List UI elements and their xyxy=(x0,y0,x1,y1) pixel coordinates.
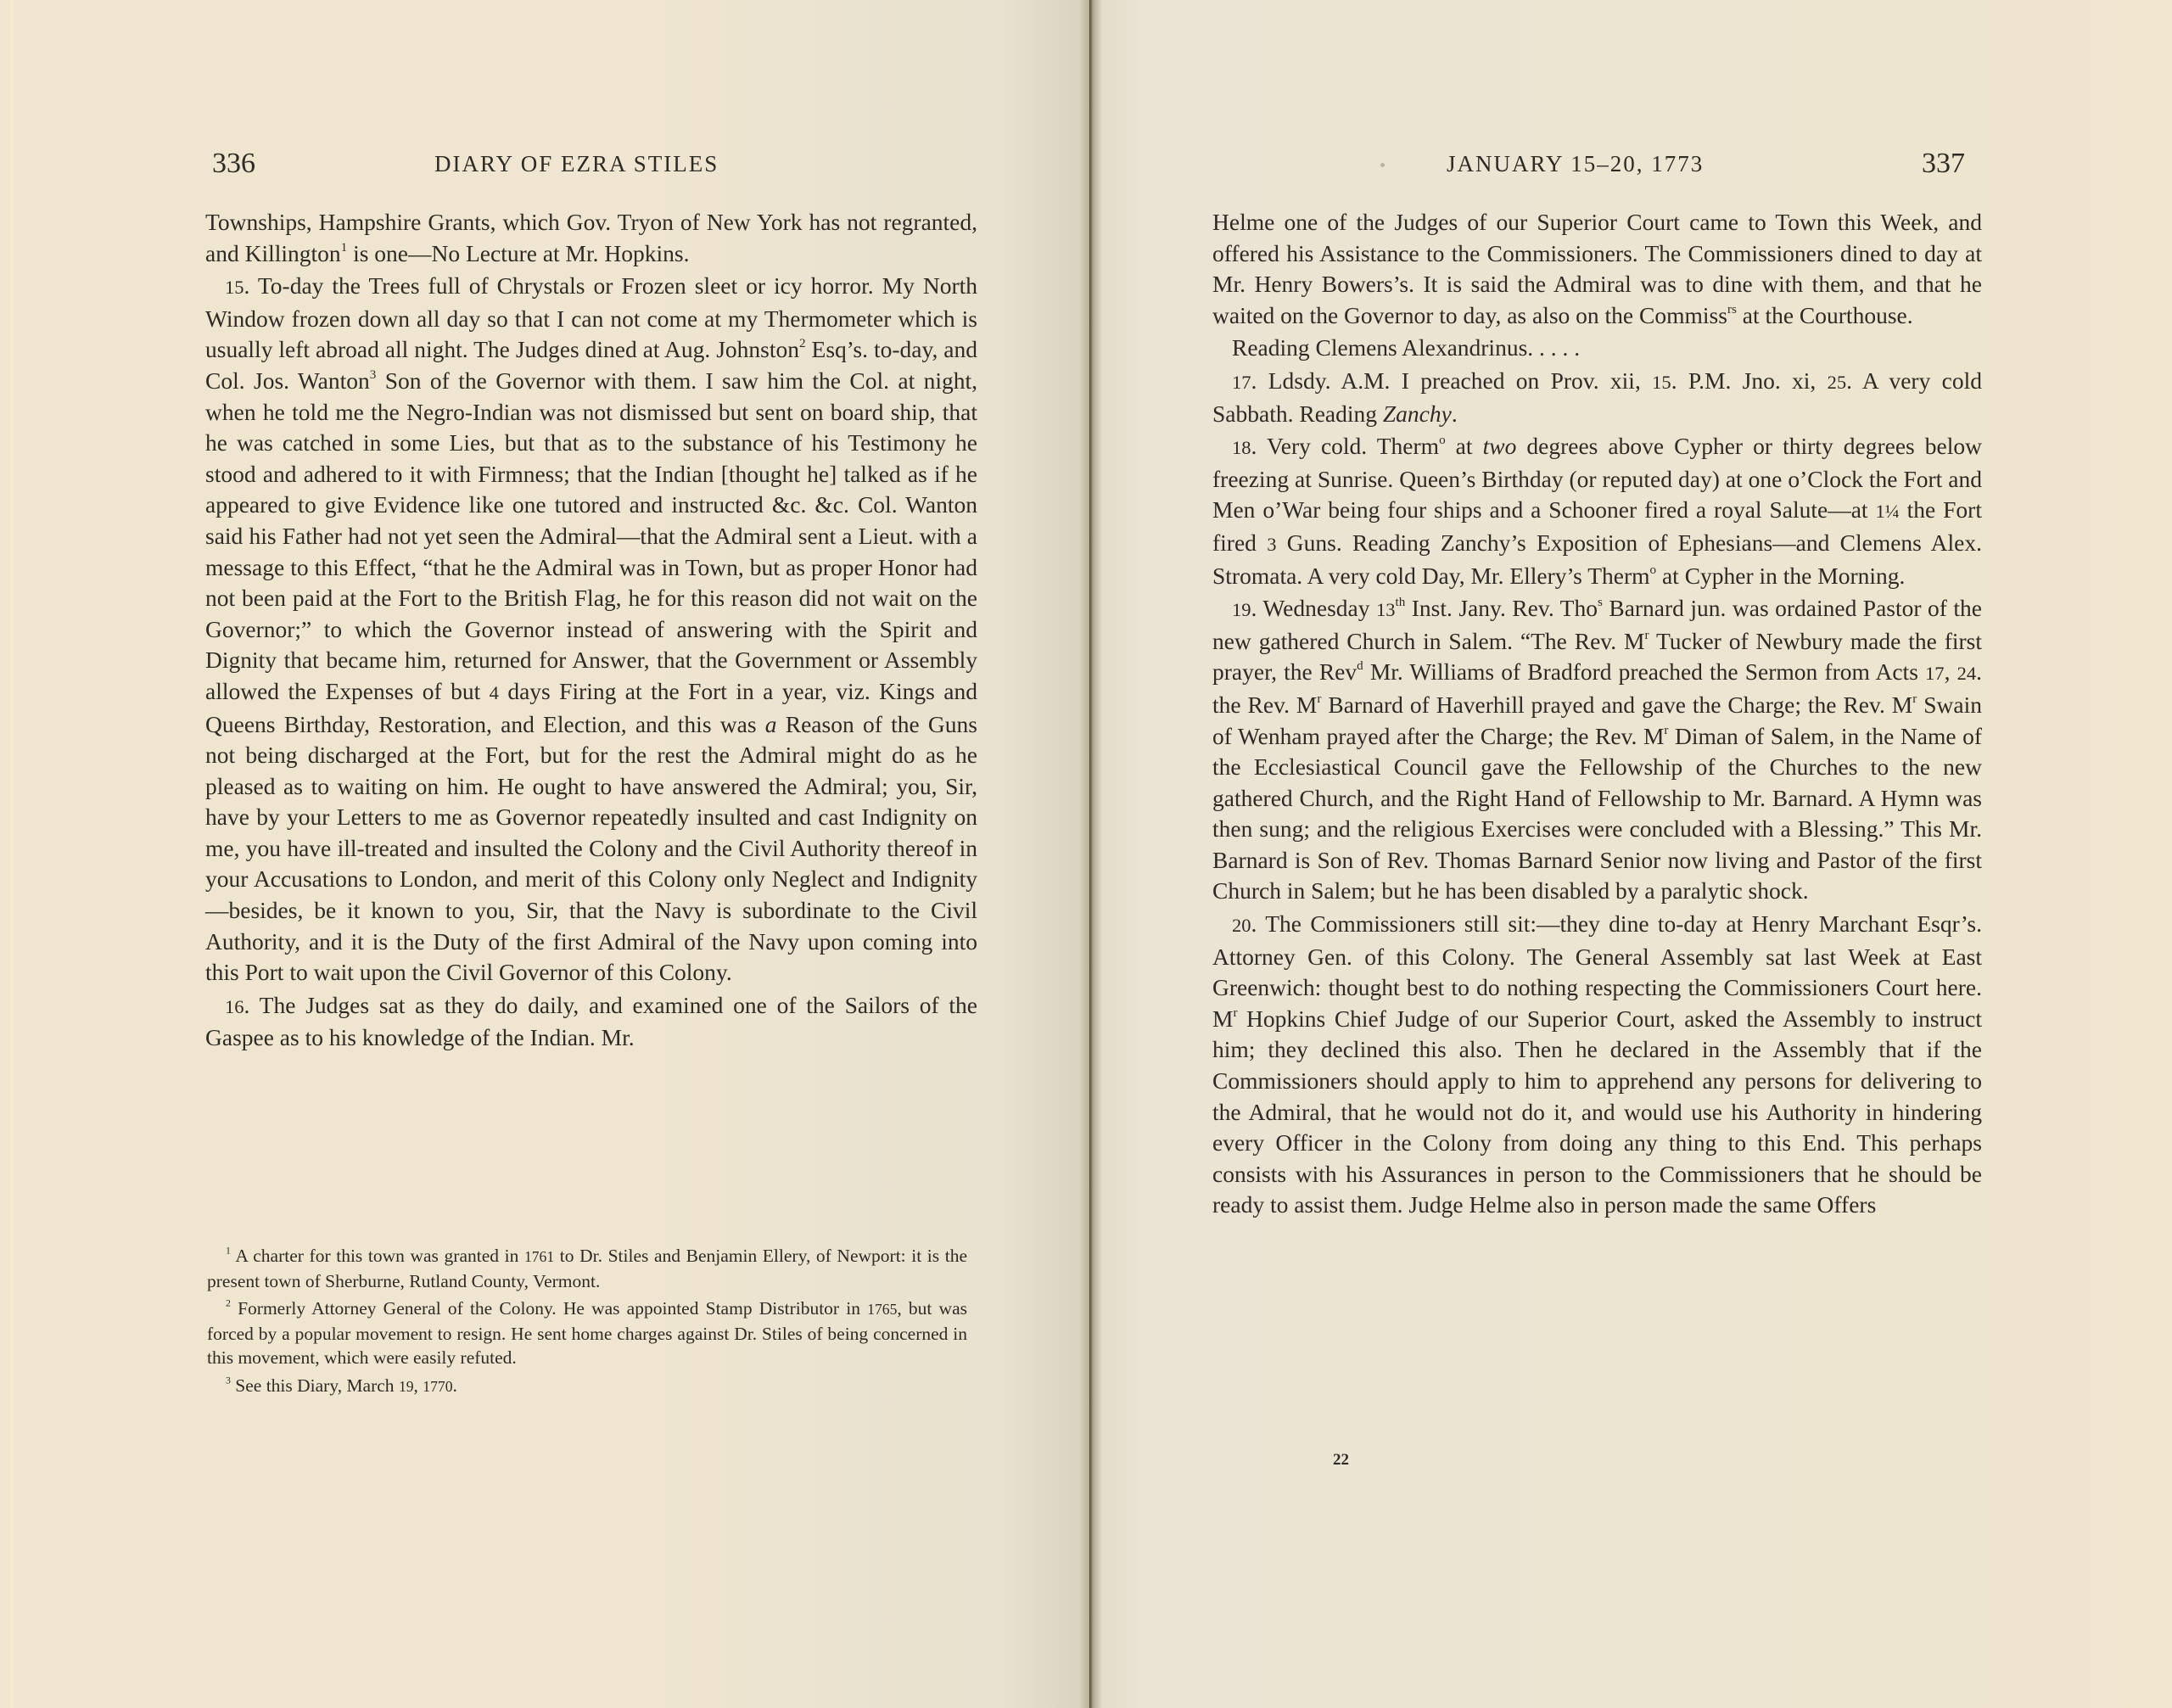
paragraph: 18. Very cold. Thermo at two degrees abo… xyxy=(1212,431,1982,591)
paragraph: 19. Wednesday 13th Inst. Jany. Rev. Thos… xyxy=(1212,593,1982,907)
page-number: 337 xyxy=(1922,148,1965,180)
footnote: 1 A charter for this town was granted in… xyxy=(207,1244,967,1293)
header-dot xyxy=(1380,163,1385,167)
paragraph: Helme one of the Judges of our Superior … xyxy=(1212,207,1982,331)
right-page: JANUARY 15–20, 1773 337 Helme one of the… xyxy=(1090,0,2172,1708)
footnote: 3 See this Diary, March 19, 1770. xyxy=(207,1374,967,1399)
footnote: 2 Formerly Attorney General of the Colon… xyxy=(207,1296,967,1370)
paragraph: Townships, Hampshire Grants, which Gov. … xyxy=(205,207,977,269)
page-edge xyxy=(10,0,14,1708)
paragraph: 17. Ldsdy. A.M. I preached on Prov. xii,… xyxy=(1212,366,1982,429)
paragraph: Reading Clemens Alexandrinus. . . . . xyxy=(1212,333,1982,364)
left-page: 336 DIARY OF EZRA STILES Townships, Hamp… xyxy=(0,0,1090,1708)
right-body-text: Helme one of the Judges of our Superior … xyxy=(1212,207,1982,1221)
running-head-title: DIARY OF EZRA STILES xyxy=(434,151,719,177)
paragraph: 20. The Commissioners still sit:—they di… xyxy=(1212,909,1982,1221)
running-head-title: JANUARY 15–20, 1773 xyxy=(1447,151,1704,177)
left-body-text: Townships, Hampshire Grants, which Gov. … xyxy=(205,207,977,1054)
page-number: 336 xyxy=(212,148,255,180)
paragraph: 16. The Judges sat as they do daily, and… xyxy=(205,990,977,1054)
book-spread: 336 DIARY OF EZRA STILES Townships, Hamp… xyxy=(0,0,2172,1708)
paragraph: 15. To-day the Trees full of Chrystals o… xyxy=(205,271,977,988)
signature-mark: 22 xyxy=(1333,1451,1349,1470)
footnotes: 1 A charter for this town was granted in… xyxy=(207,1244,967,1402)
